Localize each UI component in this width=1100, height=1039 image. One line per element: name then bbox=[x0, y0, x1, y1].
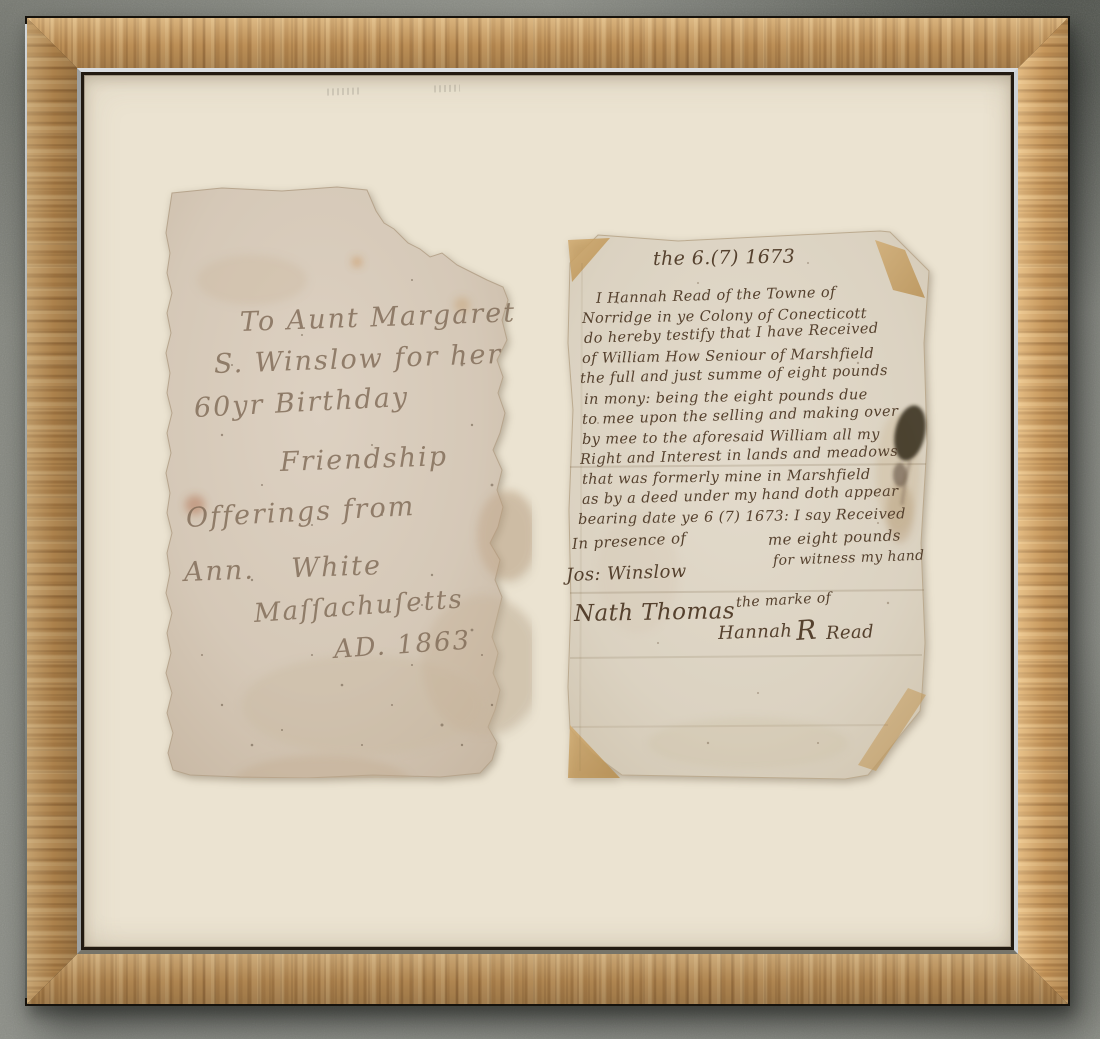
frame-bar-top bbox=[27, 18, 1068, 68]
left-document-text: To Aunt Margaret S. Winslow for her 60yr… bbox=[162, 185, 532, 778]
witness-signature: Nath Thomas bbox=[574, 598, 735, 627]
left-doc-line: Offerings from bbox=[185, 491, 416, 534]
left-doc-line: Ann. White bbox=[183, 550, 382, 588]
frame-bar-bottom bbox=[27, 954, 1068, 1004]
right-doc-line: Right and Interest in lands and meadows bbox=[580, 444, 899, 468]
right-doc-line: bearing date ye 6 (7) 1673: I say Receiv… bbox=[578, 506, 906, 528]
right-doc-line: I Hannah Read of the Towne of bbox=[596, 285, 836, 307]
left-doc-line: Maſſachuſetts bbox=[253, 584, 465, 629]
left-doc-line: S. Winslow for her bbox=[213, 339, 502, 380]
right-doc-line: as by a deed under my hand doth appear bbox=[582, 484, 899, 508]
signature-mark: R bbox=[795, 615, 818, 647]
right-document-text: the 6.(7) 1673 I Hannah Read of the Town… bbox=[558, 223, 936, 783]
signature-hannah: Hannah bbox=[718, 620, 793, 644]
left-doc-line: AD. 1863 bbox=[333, 625, 472, 665]
photo-scene: To Aunt Margaret S. Winslow for her 60yr… bbox=[0, 0, 1100, 1039]
frame-bar-left bbox=[27, 18, 77, 1004]
witness-line: In presence of bbox=[572, 529, 687, 553]
picture-frame: To Aunt Margaret S. Winslow for her 60yr… bbox=[25, 16, 1070, 1006]
left-doc-line: Friendship bbox=[279, 441, 448, 478]
right-document: the 6.(7) 1673 I Hannah Read of the Town… bbox=[558, 223, 936, 783]
witness-signature: Jos: Winslow bbox=[566, 561, 687, 586]
doc-heading: the 6.(7) 1673 bbox=[653, 246, 796, 270]
left-doc-line: 60yr Birthday bbox=[193, 382, 410, 424]
faint-pencil-marks bbox=[327, 87, 361, 95]
right-doc-line: to mee upon the selling and making over bbox=[582, 404, 899, 428]
right-doc-line: the full and just summe of eight pounds bbox=[580, 363, 888, 387]
faint-pencil-marks bbox=[434, 85, 460, 93]
receipt-line: for witness my hand bbox=[773, 548, 925, 569]
receipt-line: me eight pounds bbox=[768, 526, 901, 549]
left-doc-line: To Aunt Margaret bbox=[239, 297, 516, 338]
signature-read: Read bbox=[826, 621, 875, 644]
frame-bar-right bbox=[1018, 18, 1068, 1004]
left-document: To Aunt Margaret S. Winslow for her 60yr… bbox=[162, 185, 532, 778]
mark-label: the marke of bbox=[736, 590, 832, 611]
mat-board: To Aunt Margaret S. Winslow for her 60yr… bbox=[84, 75, 1011, 947]
